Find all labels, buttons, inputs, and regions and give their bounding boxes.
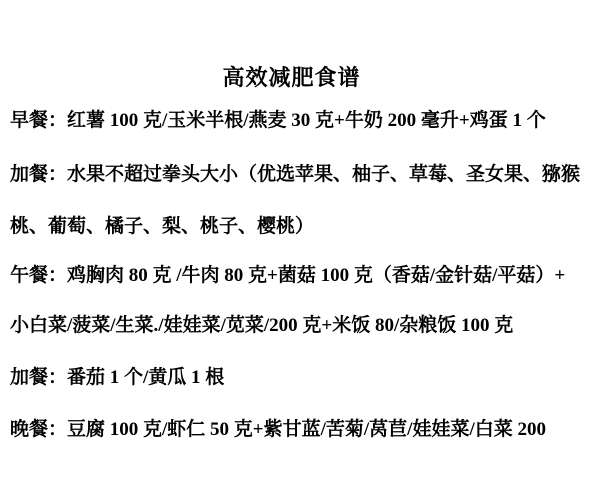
recipe-line-lunch-part1: 午餐：鸡胸肉 80 克 /牛肉 80 克+菌菇 100 克（香菇/金针菇/平菇）…: [10, 266, 565, 285]
recipe-line-snack1-part1: 加餐：水果不超过拳头大小（优选苹果、柚子、草莓、圣女果、猕猴: [10, 165, 580, 184]
recipe-line-breakfast: 早餐：红薯 100 克/玉米半根/燕麦 30 克+牛奶 200 毫升+鸡蛋 1 …: [10, 111, 546, 130]
recipe-line-lunch-part2: 小白菜/菠菜/生菜./娃娃菜/苋菜/200 克+米饭 80/杂粮饭 100 克: [10, 316, 513, 335]
recipe-document-page: 高效减肥食谱 早餐：红薯 100 克/玉米半根/燕麦 30 克+牛奶 200 毫…: [0, 0, 607, 477]
recipe-line-snack2: 加餐：番茄 1 个/黄瓜 1 根: [10, 368, 224, 387]
recipe-line-snack1-part2: 桃、葡萄、橘子、梨、桃子、樱桃）: [10, 217, 314, 236]
document-title: 高效减肥食谱: [0, 61, 583, 92]
recipe-line-dinner: 晚餐：豆腐 100 克/虾仁 50 克+紫甘蓝/苦菊/莴苣/娃娃菜/白菜 200: [10, 420, 546, 439]
